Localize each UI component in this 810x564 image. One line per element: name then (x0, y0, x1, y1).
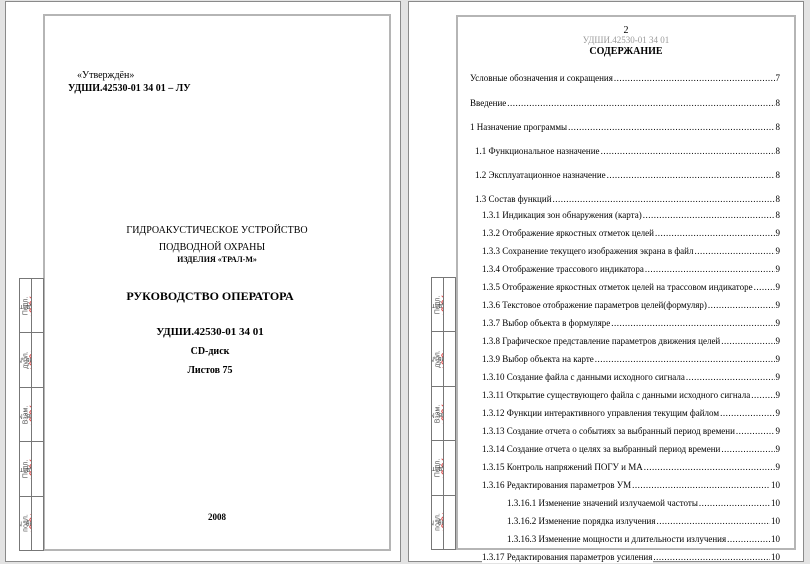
toc-entry[interactable]: 1.3.5 Отображение яркостных отметок целе… (470, 282, 780, 293)
toc-entry-text: 1.3.6 Текстовое отображение параметров ц… (482, 300, 708, 311)
toc-entry-text: 1.3.5 Отображение яркостных отметок целе… (482, 282, 754, 293)
toc-entry-text: 1.3.12 Функции интерактивного управления… (482, 408, 720, 419)
toc-entry[interactable]: 1.3.16.1 Изменение значений излучаемой ч… (470, 498, 780, 509)
document-code: УДШИ.42530-01 34 01 (45, 326, 389, 338)
strip-cell: Инв. № подл. (432, 496, 455, 549)
toc-entry-text: 1.3.15 Контроль напряжений ПОГУ и МА (482, 462, 644, 473)
year: 2008 (45, 512, 389, 522)
toc-entry[interactable]: 1.3.7 Выбор объекта в формуляре9 (470, 318, 780, 329)
toc-entry-text: 1.3.9 Выбор объекта на карте (482, 354, 595, 365)
toc-entry-page: 9 (775, 282, 781, 293)
toc-entry-page: 9 (775, 390, 781, 401)
approval-label: «Утверждён» (77, 70, 134, 81)
toc-leader-dots (643, 210, 775, 221)
document-title: РУКОВОДСТВО ОПЕРАТОРА (45, 289, 389, 304)
toc-entry-text: 1.3.16.2 Изменение порядка излучения (507, 516, 656, 527)
signature-strip: Подп. и дата Инв. № дубл. Взам. инв. № П… (19, 278, 44, 551)
toc-leader-dots (721, 336, 774, 347)
toc-entry-page: 9 (775, 264, 781, 275)
toc-leader-dots (653, 552, 770, 563)
toc-entry[interactable]: Условные обозначения и сокращения7 (470, 73, 780, 84)
toc-entry-page: 9 (775, 336, 781, 347)
toc-entry-page: 8 (775, 98, 781, 109)
toc-entry-page: 9 (775, 444, 781, 455)
approval-code: УДШИ.42530-01 34 01 – ЛУ (68, 83, 191, 94)
toc-leader-dots (751, 390, 774, 401)
device-line-1: ГИДРОАКУСТИЧЕСКОЕ УСТРОЙСТВО (45, 225, 389, 236)
toc-leader-dots (595, 354, 775, 365)
toc-leader-dots (645, 264, 775, 275)
strip-cell: Подп. и дата (20, 442, 43, 496)
toc-entry-text: 1 Назначение программы (470, 122, 568, 133)
toc-entry[interactable]: 1.3.13 Создание отчета о событиях за выб… (470, 426, 780, 437)
toc-leader-dots (601, 146, 775, 157)
toc-entry-page: 8 (775, 170, 781, 181)
toc-leader-dots (736, 426, 775, 437)
strip-cell: Подп. и дата (432, 278, 455, 332)
toc-entry-page: 9 (775, 300, 781, 311)
toc-entry-page: 8 (775, 146, 781, 157)
toc-entry[interactable]: Введение8 (470, 98, 780, 109)
toc-entry-text: 1.3.16 Редактирования параметров УМ (482, 480, 632, 491)
toc-leader-dots (507, 98, 774, 109)
toc-entry-text: 1.3.2 Отображение яркостных отметок целе… (482, 228, 655, 239)
toc-entry[interactable]: 1.1 Функциональное назначение8 (470, 146, 780, 157)
signature-strip: Подп. и дата Инв. № дубл. Взам. инв. № П… (431, 277, 456, 550)
toc-entry-text: 1.3.3 Сохранение текущего изображения эк… (482, 246, 694, 257)
toc-entry[interactable]: 1.3.1 Индикация зон обнаружения (карта)8 (470, 210, 780, 221)
toc-entry-page: 9 (775, 372, 781, 383)
strip-cell: Инв. № дубл. (20, 333, 43, 387)
toc-entry-page: 9 (775, 408, 781, 419)
toc-entry-page: 10 (770, 516, 780, 527)
toc-page: 2 УДШИ.42530-01 34 01 СОДЕРЖАНИЕ Условны… (408, 1, 804, 562)
toc-leader-dots (611, 318, 774, 329)
toc-entry[interactable]: 1.3.10 Создание файла с данными исходног… (470, 372, 780, 383)
toc-leader-dots (754, 282, 775, 293)
toc-entry-text: 1.3.14 Создание отчета о целях за выбран… (482, 444, 721, 455)
toc-leader-dots (694, 246, 774, 257)
toc-entry[interactable]: 1.3.17 Редактирования параметров усилени… (470, 552, 780, 563)
sheet-count: Листов 75 (45, 365, 389, 376)
toc-entry-text: 1.3 Состав функций (475, 194, 553, 205)
toc-entry-text: 1.3.4 Отображение трассового индикатора (482, 264, 645, 275)
toc-entry-page: 10 (770, 498, 780, 509)
toc-entry[interactable]: 1.3.16.3 Изменение мощности и длительнос… (470, 534, 780, 545)
toc-entry[interactable]: 1.3.8 Графическое представление параметр… (470, 336, 780, 347)
toc-entry-text: 1.1 Функциональное назначение (475, 146, 601, 157)
toc-leader-dots (699, 498, 770, 509)
header-code: УДШИ.42530-01 34 01 (458, 35, 794, 45)
toc-entry-page: 10 (770, 480, 780, 491)
toc-entry[interactable]: 1.3.12 Функции интерактивного управления… (470, 408, 780, 419)
toc-leader-dots (721, 444, 774, 455)
toc-entry[interactable]: 1.3.16 Редактирования параметров УМ10 (470, 480, 780, 491)
strip-cell: Взам. инв. № (20, 388, 43, 442)
toc-leader-dots (614, 73, 775, 84)
toc-entry-page: 9 (775, 246, 781, 257)
toc-entry-page: 8 (775, 210, 781, 221)
toc-entry[interactable]: 1.3.11 Открытие существующего файла с да… (470, 390, 780, 401)
toc-entry-page: 9 (775, 318, 781, 329)
toc-entry-text: 1.3.11 Открытие существующего файла с да… (482, 390, 751, 401)
toc-entry[interactable]: 1.2 Эксплуатационное назначение8 (470, 170, 780, 181)
toc-entry-page: 9 (775, 228, 781, 239)
title-page: «Утверждён» УДШИ.42530-01 34 01 – ЛУ ГИД… (5, 1, 401, 562)
toc-entry[interactable]: 1.3.4 Отображение трассового индикатора9 (470, 264, 780, 275)
strip-cell: Инв. № подл. (20, 497, 43, 550)
device-line-2: ПОДВОДНОЙ ОХРАНЫ (45, 242, 389, 253)
toc-entry-text: 1.3.16.1 Изменение значений излучаемой ч… (507, 498, 699, 509)
toc-entry[interactable]: 1.3.9 Выбор объекта на карте9 (470, 354, 780, 365)
toc-entry[interactable]: 1.3.3 Сохранение текущего изображения эк… (470, 246, 780, 257)
toc-leader-dots (644, 462, 775, 473)
toc-entry-text: 1.3.17 Редактирования параметров усилени… (482, 552, 653, 563)
toc-entry-page: 10 (770, 552, 780, 563)
toc-entry-text: 1.3.13 Создание отчета о событиях за выб… (482, 426, 736, 437)
toc-entry-page: 8 (775, 122, 781, 133)
toc-entry-page: 9 (775, 354, 781, 365)
toc-entry-page: 9 (775, 426, 781, 437)
page-frame: 2 УДШИ.42530-01 34 01 СОДЕРЖАНИЕ Условны… (456, 15, 796, 550)
toc-leader-dots (708, 300, 775, 311)
toc-entry[interactable]: 1.3.6 Текстовое отображение параметров ц… (470, 300, 780, 311)
device-line-3: ИЗДЕЛИЯ «ТРАЛ-М» (45, 255, 389, 264)
toc-entry[interactable]: 1.3.15 Контроль напряжений ПОГУ и МА9 (470, 462, 780, 473)
toc-entry-text: 1.3.7 Выбор объекта в формуляре (482, 318, 611, 329)
toc-leader-dots (655, 228, 775, 239)
toc-heading: СОДЕРЖАНИЕ (458, 46, 794, 57)
toc-entry-text: Условные обозначения и сокращения (470, 73, 614, 84)
toc-entry[interactable]: 1.3.2 Отображение яркостных отметок целе… (470, 228, 780, 239)
strip-cell: Подп. и дата (432, 441, 455, 495)
toc-entry-text: 1.3.8 Графическое представление параметр… (482, 336, 721, 347)
toc-entry-text: 1.2 Эксплуатационное назначение (475, 170, 607, 181)
toc-entry[interactable]: 1 Назначение программы8 (470, 122, 780, 133)
toc-entry-page: 8 (775, 194, 781, 205)
toc-leader-dots (553, 194, 775, 205)
toc-entry[interactable]: 1.3.16.2 Изменение порядка излучения10 (470, 516, 780, 527)
toc-leader-dots (607, 170, 775, 181)
toc-leader-dots (727, 534, 770, 545)
toc-entry[interactable]: 1.3.14 Создание отчета о целях за выбран… (470, 444, 780, 455)
toc-leader-dots (656, 516, 770, 527)
strip-cell: Взам. инв. № (432, 387, 455, 441)
toc-entry-page: 10 (770, 534, 780, 545)
toc-entry-page: 7 (775, 73, 781, 84)
toc-entry-text: 1.3.1 Индикация зон обнаружения (карта) (482, 210, 643, 221)
toc-leader-dots (632, 480, 770, 491)
strip-cell: Подп. и дата (20, 279, 43, 333)
toc-entry-text: 1.3.10 Создание файла с данными исходног… (482, 372, 686, 383)
toc-entry-text: 1.3.16.3 Изменение мощности и длительнос… (507, 534, 727, 545)
toc-leader-dots (720, 408, 774, 419)
toc-leader-dots (568, 122, 774, 133)
media-type: CD-диск (45, 346, 389, 357)
toc-entry[interactable]: 1.3 Состав функций8 (470, 194, 780, 205)
page-frame: «Утверждён» УДШИ.42530-01 34 01 – ЛУ ГИД… (43, 14, 391, 551)
toc-entry-page: 9 (775, 462, 781, 473)
strip-cell: Инв. № дубл. (432, 332, 455, 386)
toc-leader-dots (686, 372, 775, 383)
toc-entry-text: Введение (470, 98, 507, 109)
